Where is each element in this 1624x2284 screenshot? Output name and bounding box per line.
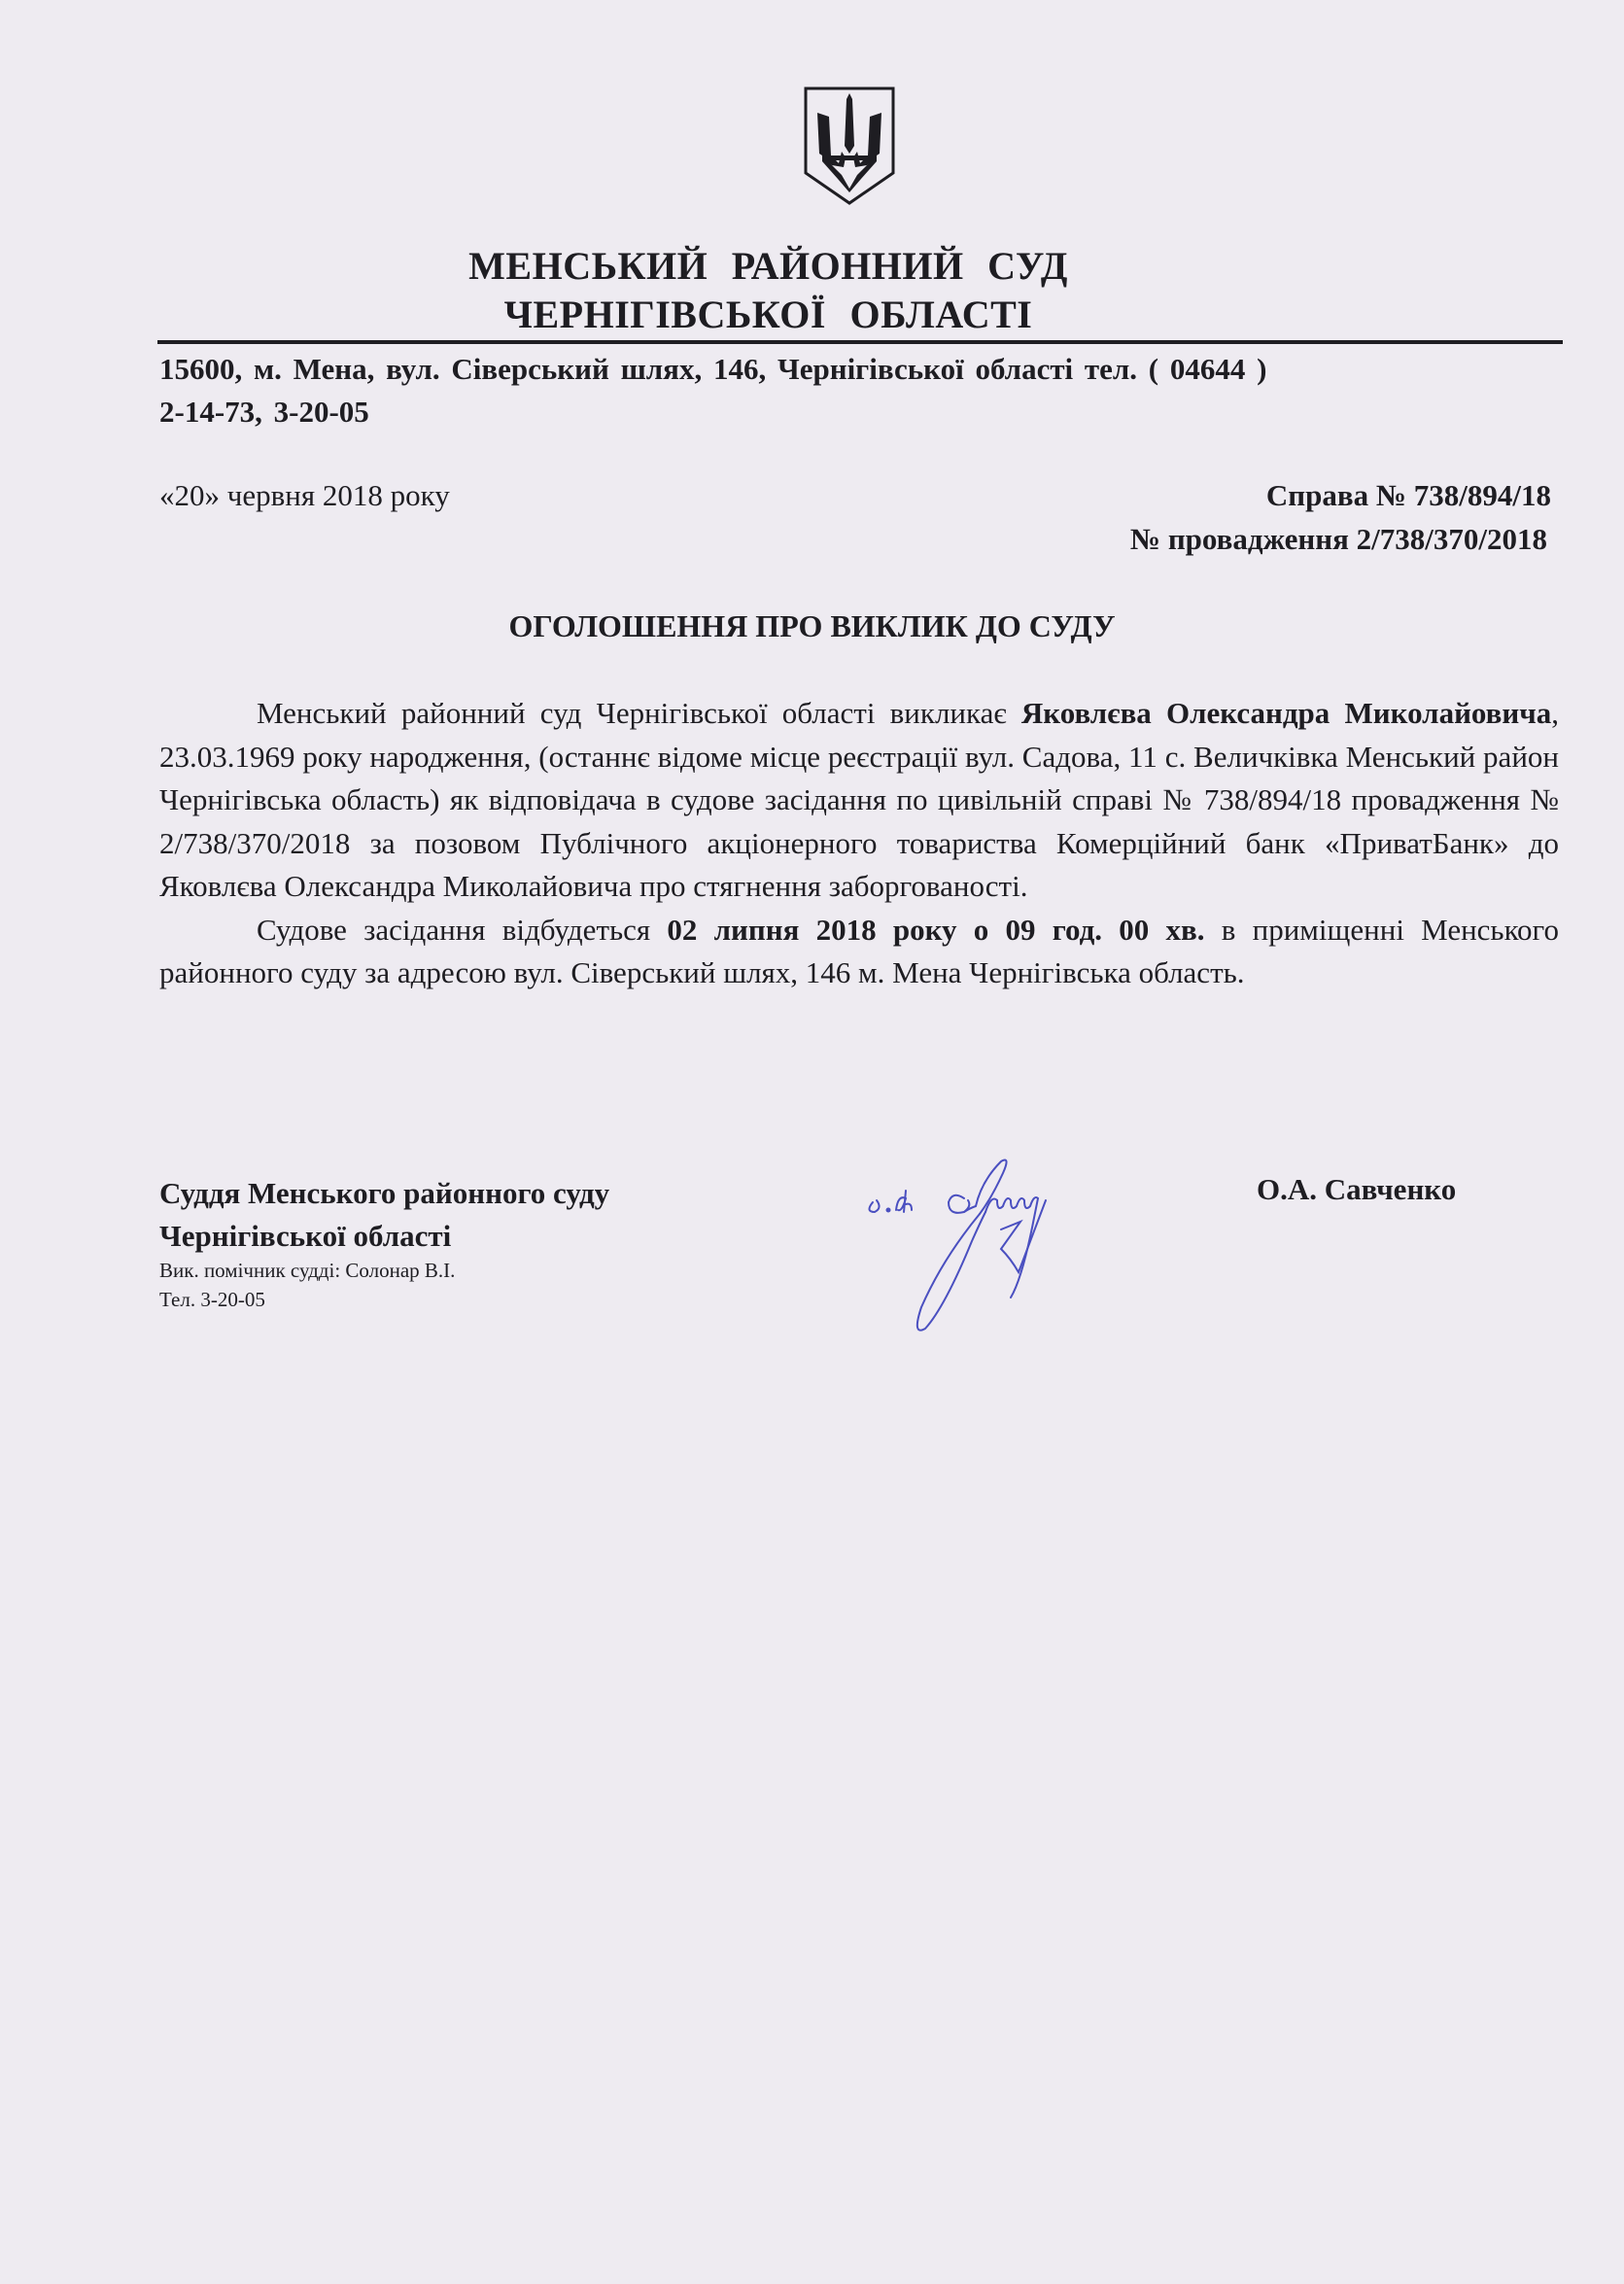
- document-body: Менський районний суд Чернігівської обла…: [159, 692, 1559, 995]
- paragraph-hearing: Судове засідання відбудеться 02 липня 20…: [159, 909, 1559, 995]
- coat-of-arms-icon: [803, 86, 896, 206]
- assistant-info: Вик. помічник судді: Солонар В.І. Тел. 3…: [159, 1256, 455, 1314]
- assistant-name: Вик. помічник судді: Солонар В.І.: [159, 1256, 455, 1285]
- document-heading: ОГОЛОШЕННЯ ПРО ВИКЛИК ДО СУДУ: [0, 608, 1624, 644]
- court-name-line2: ЧЕРНІГІВСЬКОЇ ОБЛАСТІ: [0, 292, 1580, 337]
- defendant-name: Яковлєва Олександра Миколайовича: [1021, 696, 1551, 730]
- court-name-line1: МЕНСЬКИЙ РАЙОННИЙ СУД: [0, 243, 1580, 289]
- proceeding-number: № провадження 2/738/370/2018: [1130, 522, 1547, 557]
- judge-title-line1: Суддя Менського районного суду: [159, 1172, 609, 1215]
- judge-title: Суддя Менського районного суду Чернігівс…: [159, 1172, 609, 1258]
- text-span: Судове засідання відбудеться: [257, 913, 667, 947]
- address-line2: 2-14-73, 3-20-05: [159, 391, 1565, 433]
- header-divider: [157, 340, 1563, 344]
- judge-name: О.А. Савченко: [1257, 1172, 1456, 1207]
- document-date: «20» червня 2018 року: [159, 478, 450, 513]
- assistant-phone: Тел. 3-20-05: [159, 1285, 455, 1314]
- paragraph-summons: Менський районний суд Чернігівської обла…: [159, 692, 1559, 909]
- address-line1: 15600, м. Мена, вул. Сіверський шлях, 14…: [159, 348, 1565, 391]
- judge-title-line2: Чернігівської області: [159, 1215, 609, 1258]
- text-span: Менський районний суд Чернігівської обла…: [257, 696, 1021, 730]
- case-number: Справа № 738/894/18: [1266, 478, 1551, 513]
- handwritten-signature-icon: [855, 1152, 1137, 1341]
- hearing-datetime: 02 липня 2018 року о 09 год. 00 хв.: [667, 913, 1204, 947]
- court-address: 15600, м. Мена, вул. Сіверський шлях, 14…: [159, 348, 1565, 433]
